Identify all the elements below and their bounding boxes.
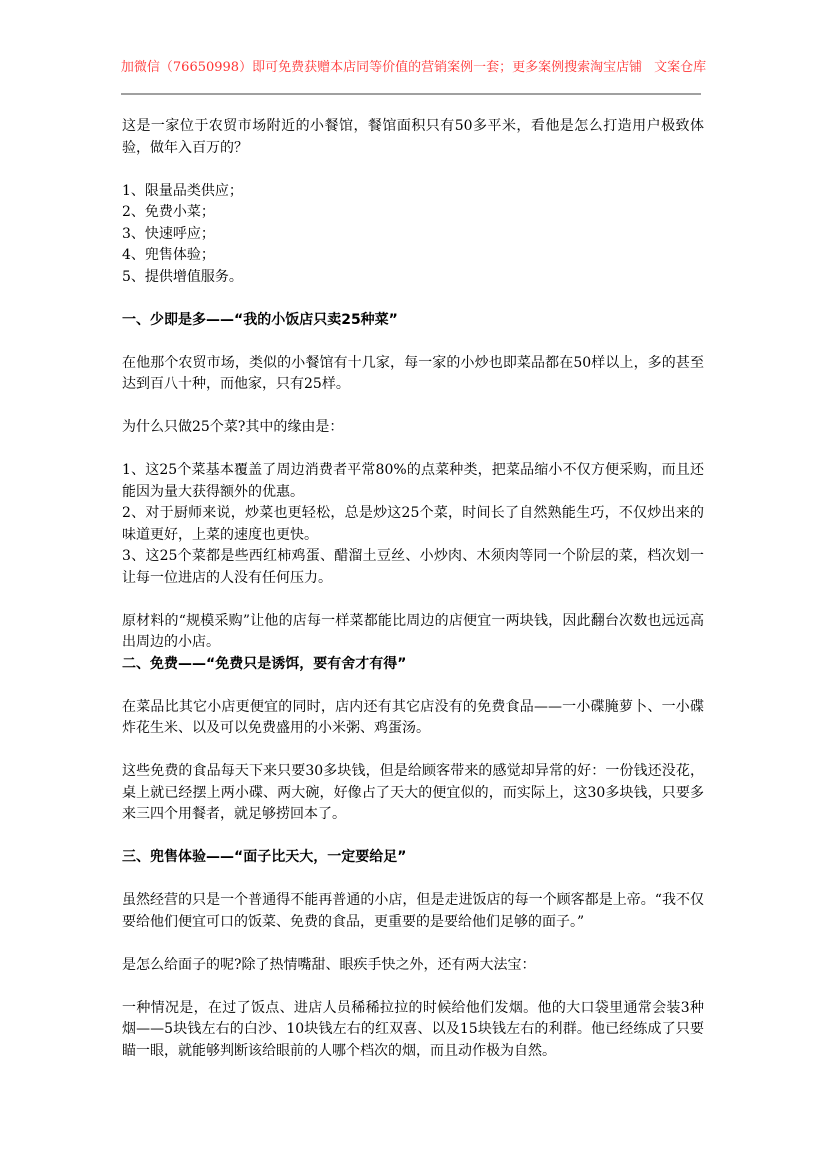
reason-item: 3、这25个菜都是些西红柿鸡蛋、醋溜土豆丝、小炒肉、木须肉等同一个阶层的菜，档次… bbox=[122, 546, 704, 589]
blank-line bbox=[122, 740, 704, 762]
section2-paragraph: 在菜品比其它小店更便宜的同时，店内还有其它店没有的免费食品——一小碟腌萝卜、一小… bbox=[122, 697, 704, 740]
summary-item: 1、限量品类供应； bbox=[122, 181, 704, 203]
blank-line bbox=[122, 589, 704, 611]
blank-line bbox=[122, 869, 704, 891]
blank-line bbox=[122, 675, 704, 697]
section1-paragraph: 在他那个农贸市场，类似的小餐馆有十几家，每一家的小炒也即菜品都在50样以上，多的… bbox=[122, 353, 704, 396]
section3-heading: 三、兜售体验——“面子比天大，一定要给足” bbox=[122, 847, 704, 869]
section2-paragraph: 这些免费的食品每天下来只要30多块钱，但是给顾客带来的感觉却异常的好：一份钱还没… bbox=[122, 761, 704, 826]
document-body: 这是一家位于农贸市场附近的小餐馆，餐馆面积只有50多平米，看他是怎么打造用户极致… bbox=[122, 116, 704, 1062]
summary-item: 5、提供增值服务。 bbox=[122, 267, 704, 289]
blank-line bbox=[122, 826, 704, 848]
blank-line bbox=[122, 439, 704, 461]
section3-paragraph: 一种情况是，在过了饭点、进店人员稀稀拉拉的时候给他们发烟。他的大口袋里通常会装3… bbox=[122, 998, 704, 1063]
blank-line bbox=[122, 933, 704, 955]
summary-item: 2、免费小菜； bbox=[122, 202, 704, 224]
promo-text: 加微信（76650998）即可免费获赠本店同等价值的营销案例一套；更多案例搜索淘… bbox=[121, 60, 642, 75]
section1-paragraph: 为什么只做25个菜?其中的缘由是： bbox=[122, 417, 704, 439]
reason-item: 2、对于厨师来说，炒菜也更轻松，总是炒这25个菜，时间长了自然熟能生巧，不仅炒出… bbox=[122, 503, 704, 546]
intro-paragraph: 这是一家位于农贸市场附近的小餐馆，餐馆面积只有50多平米，看他是怎么打造用户极致… bbox=[122, 116, 704, 159]
section2-heading: 二、免费——“免费只是诱饵，要有舍才有得” bbox=[122, 654, 704, 676]
blank-line bbox=[122, 331, 704, 353]
blank-line bbox=[122, 159, 704, 181]
summary-item: 4、兜售体验； bbox=[122, 245, 704, 267]
reason-item: 1、这25个菜基本覆盖了周边消费者平常80%的点菜种类，把菜品缩小不仅方便采购，… bbox=[122, 460, 704, 503]
header-divider bbox=[121, 93, 701, 95]
page-header-promo: 加微信（76650998）即可免费获赠本店同等价值的营销案例一套；更多案例搜索淘… bbox=[0, 58, 827, 78]
section1-paragraph: 原材料的“规模采购”让他的店每一样菜都能比周边的店便宜一两块钱，因此翻台次数也远… bbox=[122, 611, 704, 654]
shop-name: 文案仓库 bbox=[654, 60, 706, 75]
blank-line bbox=[122, 396, 704, 418]
section3-paragraph: 虽然经营的只是一个普通得不能再普通的小店，但是走进饭店的每一个顾客都是上帝。“我… bbox=[122, 890, 704, 933]
section3-paragraph: 是怎么给面子的呢?除了热情嘴甜、眼疾手快之外，还有两大法宝： bbox=[122, 955, 704, 977]
blank-line bbox=[122, 288, 704, 310]
summary-item: 3、快速呼应； bbox=[122, 224, 704, 246]
section1-heading: 一、少即是多——“我的小饭店只卖25种菜” bbox=[122, 310, 704, 332]
summary-list: 1、限量品类供应； 2、免费小菜； 3、快速呼应； 4、兜售体验； 5、提供增值… bbox=[122, 181, 704, 289]
blank-line bbox=[122, 976, 704, 998]
